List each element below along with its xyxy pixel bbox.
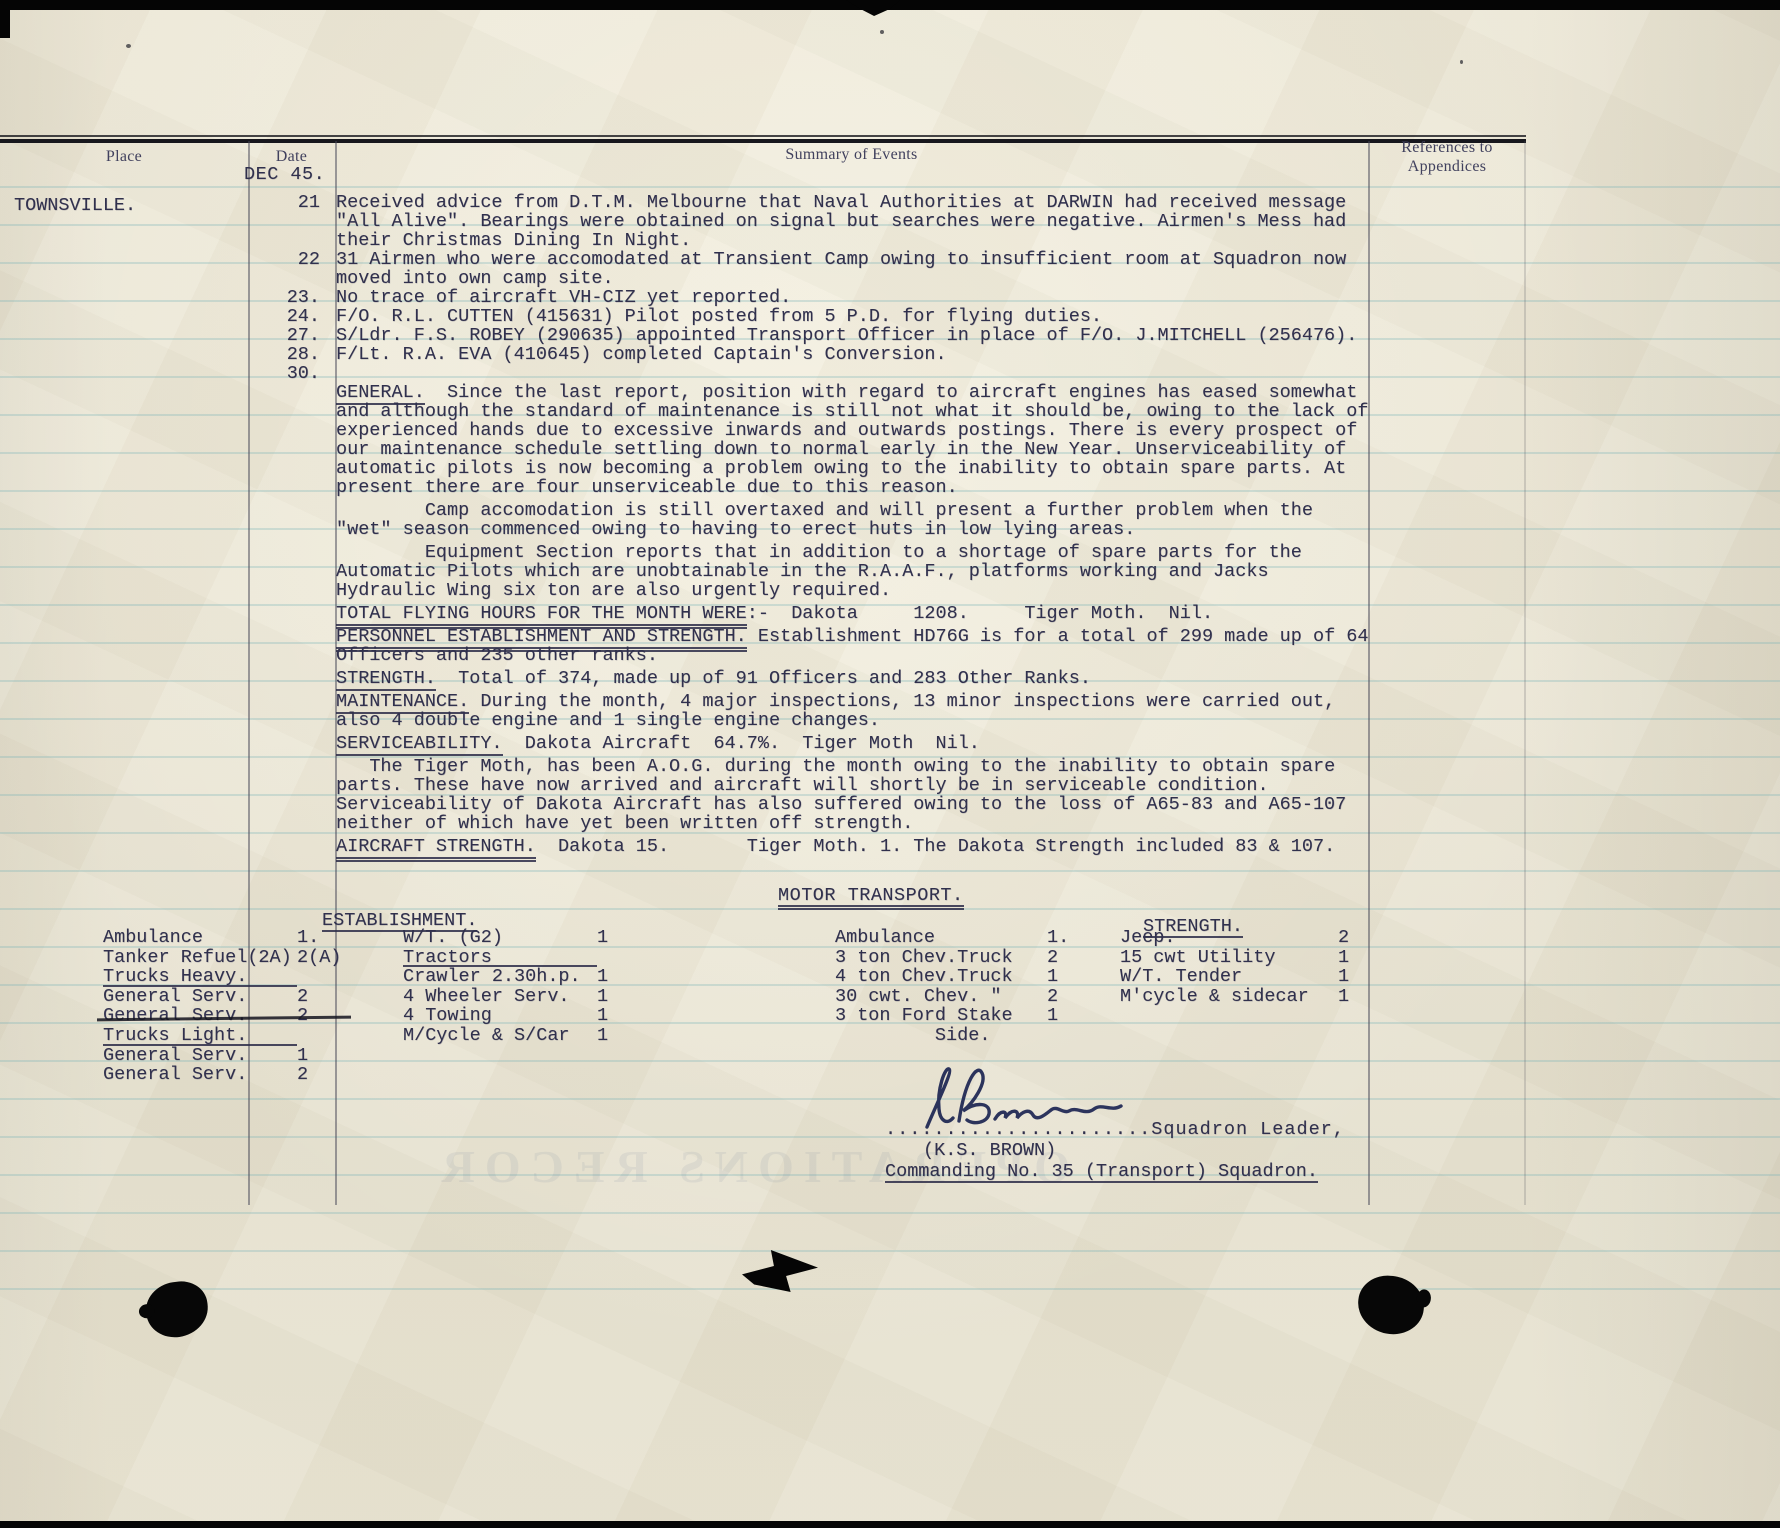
paragraph-heading: STRENGTH. <box>336 668 436 691</box>
entry-text: Received advice from D.T.M. Melbourne th… <box>336 193 1370 250</box>
signatory-name: (K.S. BROWN) <box>923 1141 1056 1160</box>
entry-text: F/Lt. R.A. EVA (410645) completed Captai… <box>336 345 1370 364</box>
paper-speck <box>880 30 884 34</box>
mt-value: 1 <box>597 987 649 1007</box>
ink-mark-bottom-center <box>742 1250 818 1292</box>
column-header-place: Place <box>0 148 248 166</box>
mt-label: General Serv. <box>103 1046 297 1066</box>
paragraph-text: Dakota Aircraft 64.7%. Tiger Moth Nil. <box>503 733 980 754</box>
mt-row: 3 ton Chev.Truck2 <box>835 948 1081 968</box>
entry-text: F/O. R.L. CUTTEN (415631) Pilot posted f… <box>336 307 1370 326</box>
scan-corner-mark <box>0 0 10 38</box>
mt-label: 4 Towing <box>403 1006 597 1026</box>
mt-row: General Serv.2 <box>103 987 349 1007</box>
mt-row: 30 cwt. Chev. "2 <box>835 987 1081 1007</box>
paragraph-equipment: Equipment Section reports that in additi… <box>336 543 1370 600</box>
entry-text: No trace of aircraft VH-CIZ yet reported… <box>336 288 1370 307</box>
mt-row: 15 cwt Utility1 <box>1120 948 1366 968</box>
mt-row: M/Cycle & S/Car1 <box>403 1026 649 1046</box>
mt-value: 1 <box>1338 948 1366 968</box>
signatory-rank: Squadron Leader, <box>1151 1119 1345 1140</box>
entry-text <box>336 364 1370 383</box>
mt-label: W/T. Tender <box>1120 967 1338 987</box>
page-fold-line <box>1524 141 1526 1205</box>
paragraph-heading: AIRCRAFT STRENGTH. <box>336 836 536 862</box>
mt-value: 1 <box>297 1046 349 1066</box>
mt-label: 15 cwt Utility <box>1120 948 1338 968</box>
place-value: TOWNSVILLE. <box>14 196 136 215</box>
summary-of-events-column: 21 Received advice from D.T.M. Melbourne… <box>248 193 1370 860</box>
entry-text: 31 Airmen who were accomodated at Transi… <box>336 250 1370 288</box>
paragraph-text: Equipment Section reports that in additi… <box>336 542 1313 601</box>
mt-value: 1 <box>1047 967 1081 987</box>
paragraph-personnel: PERSONNEL ESTABLISHMENT AND STRENGTH. Es… <box>336 627 1370 665</box>
paragraph-tiger-moth: The Tiger Moth, has been A.O.G. during t… <box>336 757 1370 833</box>
entry-day: 28. <box>248 345 336 364</box>
mt-label: Crawler 2.30h.p. <box>403 967 597 987</box>
column-header-references: References to Appendices <box>1368 138 1526 176</box>
ink-blot-bottom-right <box>1355 1273 1427 1338</box>
mt-value: 2 <box>1047 987 1081 1007</box>
header-rule-thick <box>0 139 1526 143</box>
mt-label: 30 cwt. Chev. " <box>835 987 1047 1007</box>
entry-day: 30. <box>248 364 336 383</box>
motor-transport-title: MOTOR TRANSPORT. <box>778 886 964 910</box>
entry-day: 21 <box>248 193 336 250</box>
signature-rule-line: ......................Squadron Leader, <box>885 1120 1345 1139</box>
paragraph-text: During the month, 4 major inspections, 1… <box>336 691 1346 731</box>
paragraph-text: Total of 374, made up of 91 Officers and… <box>436 668 1091 689</box>
mt-label: 4 ton Chev.Truck <box>835 967 1047 987</box>
mt-value: 1. <box>297 928 349 948</box>
mt-value <box>1047 1026 1081 1046</box>
mt-label: W/T. (G2) <box>403 928 597 948</box>
mt-establishment-right-column: W/T. (G2)1 Tractors Crawler 2.30h.p.1 4 … <box>403 928 649 1046</box>
paragraph-text: Dakota 15. Tiger Moth. 1. The Dakota Str… <box>536 836 1335 857</box>
header-rule-thin <box>0 135 1526 137</box>
mt-label: Tanker Refuel(2A) <box>103 948 297 968</box>
mt-row: Ambulance1. <box>835 928 1081 948</box>
mt-value: 1 <box>597 928 649 948</box>
mt-value: 2 <box>1047 948 1081 968</box>
mt-row: 4 Wheeler Serv.1 <box>403 987 649 1007</box>
mt-label: Ambulance <box>103 928 297 948</box>
entry-text: S/Ldr. F.S. ROBEY (290635) appointed Tra… <box>336 326 1370 345</box>
log-entry-28: 28. F/Lt. R.A. EVA (410645) completed Ca… <box>248 345 1370 364</box>
paragraph-aircraft-strength: AIRCRAFT STRENGTH. Dakota 15. Tiger Moth… <box>336 837 1370 856</box>
log-entry-21: 21 Received advice from D.T.M. Melbourne… <box>248 193 1370 250</box>
mt-row-struck-out: General Serv.2 <box>103 1006 349 1026</box>
mt-value: 1. <box>1047 928 1081 948</box>
mt-label: Trucks Light. <box>103 1026 297 1046</box>
mt-value: 2 <box>297 1065 349 1085</box>
entry-day: 27. <box>248 326 336 345</box>
mt-label: 4 Wheeler Serv. <box>403 987 597 1007</box>
paragraph-camp: Camp accomodation is still overtaxed and… <box>336 501 1370 539</box>
mt-row: Tanker Refuel(2A)2(A) <box>103 948 349 968</box>
paragraph-text: Since the last report, position with reg… <box>336 382 1380 498</box>
mt-row: Jeep.2 <box>1120 928 1366 948</box>
mt-label: General Serv. <box>103 1065 297 1085</box>
typed-dots: ...................... <box>885 1119 1151 1140</box>
mt-label: M/Cycle & S/Car <box>403 1026 597 1046</box>
mt-label: Tractors <box>403 948 597 968</box>
mt-value: 2 <box>297 1006 349 1026</box>
mt-value: 1 <box>597 967 649 987</box>
mt-row: Tractors <box>403 948 649 968</box>
mt-row: Ambulance1. <box>103 928 349 948</box>
month-label: DEC 45. <box>244 165 325 184</box>
paragraph-strength: STRENGTH. Total of 374, made up of 91 Of… <box>336 669 1370 688</box>
mt-row: 3 ton Ford Stake1 <box>835 1006 1081 1026</box>
mt-value: 2(A) <box>297 948 349 968</box>
log-entry-22: 22 31 Airmen who were accomodated at Tra… <box>248 250 1370 288</box>
mt-row: M'cycle & sidecar1 <box>1120 987 1366 1007</box>
mt-strength-right-column: Jeep.2 15 cwt Utility1 W/T. Tender1 M'cy… <box>1120 928 1366 1006</box>
mt-label: M'cycle & sidecar <box>1120 987 1338 1007</box>
paragraph-text: The Tiger Moth, has been A.O.G. during t… <box>336 756 1357 834</box>
mt-row: Trucks Heavy. <box>103 967 349 987</box>
mt-label: 3 ton Ford Stake <box>835 1006 1047 1026</box>
mt-label: Jeep. <box>1120 928 1338 948</box>
mt-row: 4 Towing1 <box>403 1006 649 1026</box>
paper-speck <box>1460 60 1463 64</box>
mt-row: Crawler 2.30h.p.1 <box>403 967 649 987</box>
mt-row: Trucks Light. <box>103 1026 349 1046</box>
references-line-2: Appendices <box>1368 157 1526 176</box>
paragraph-maintenance: MAINTENANCE. During the month, 4 major i… <box>336 692 1370 730</box>
entry-day: 23. <box>248 288 336 307</box>
mt-row: General Serv.1 <box>103 1046 349 1066</box>
paragraph-serviceability: SERVICEABILITY. Dakota Aircraft 64.7%. T… <box>336 734 1370 753</box>
paragraph-text: Camp accomodation is still overtaxed and… <box>336 500 1324 540</box>
log-entry-23: 23. No trace of aircraft VH-CIZ yet repo… <box>248 288 1370 307</box>
scan-bottom-edge <box>0 1521 1780 1528</box>
mt-row: 4 ton Chev.Truck1 <box>835 967 1081 987</box>
mt-row: General Serv.2 <box>103 1065 349 1085</box>
paragraph-heading: SERVICEABILITY. <box>336 733 503 756</box>
signatory-command: Commanding No. 35 (Transport) Squadron. <box>885 1162 1318 1183</box>
mt-label: Trucks Heavy. <box>103 967 297 987</box>
mt-value <box>297 967 349 987</box>
references-line-1: References to <box>1368 138 1526 157</box>
mt-value: 1 <box>1047 1006 1081 1026</box>
log-entry-24: 24. F/O. R.L. CUTTEN (415631) Pilot post… <box>248 307 1370 326</box>
entry-day: 22 <box>248 250 336 288</box>
mt-label: General Serv. <box>103 1006 297 1026</box>
mt-value <box>597 948 649 968</box>
mt-value: 2 <box>1338 928 1366 948</box>
log-entry-27: 27. S/Ldr. F.S. ROBEY (290635) appointed… <box>248 326 1370 345</box>
paragraph-text: :- Dakota 1208. Tiger Moth. Nil. <box>747 603 1213 624</box>
signature-block: ......................Squadron Leader, (… <box>885 1075 1385 1185</box>
mt-value: 2 <box>297 987 349 1007</box>
mt-label: General Serv. <box>103 987 297 1007</box>
log-entry-30: 30. <box>248 364 1370 383</box>
mt-value: 1 <box>597 1026 649 1046</box>
mt-row: Side. <box>835 1026 1081 1046</box>
mt-label: Side. <box>835 1026 1047 1046</box>
ink-blot-bottom-left <box>142 1278 211 1341</box>
mt-label: Ambulance <box>835 928 1047 948</box>
mt-label: 3 ton Chev.Truck <box>835 948 1047 968</box>
column-header-summary: Summary of Events <box>335 146 1368 164</box>
mt-value: 1 <box>1338 967 1366 987</box>
paragraph-flying-hours: TOTAL FLYING HOURS FOR THE MONTH WERE:- … <box>336 604 1370 623</box>
paragraph-general: GENERAL. Since the last report, position… <box>336 383 1370 497</box>
mt-row: W/T. (G2)1 <box>403 928 649 948</box>
operations-record-book-page: OPERATIONS RECOR Place Date Summary of E… <box>0 0 1780 1528</box>
mt-value: 1 <box>597 1006 649 1026</box>
mt-value <box>297 1026 349 1046</box>
mt-value: 1 <box>1338 987 1366 1007</box>
paper-speck <box>126 44 131 48</box>
mt-establishment-left-column: Ambulance1. Tanker Refuel(2A)2(A) Trucks… <box>103 928 349 1085</box>
mt-row: W/T. Tender1 <box>1120 967 1366 987</box>
entry-day: 24. <box>248 307 336 326</box>
mt-strength-left-column: Ambulance1. 3 ton Chev.Truck2 4 ton Chev… <box>835 928 1081 1046</box>
